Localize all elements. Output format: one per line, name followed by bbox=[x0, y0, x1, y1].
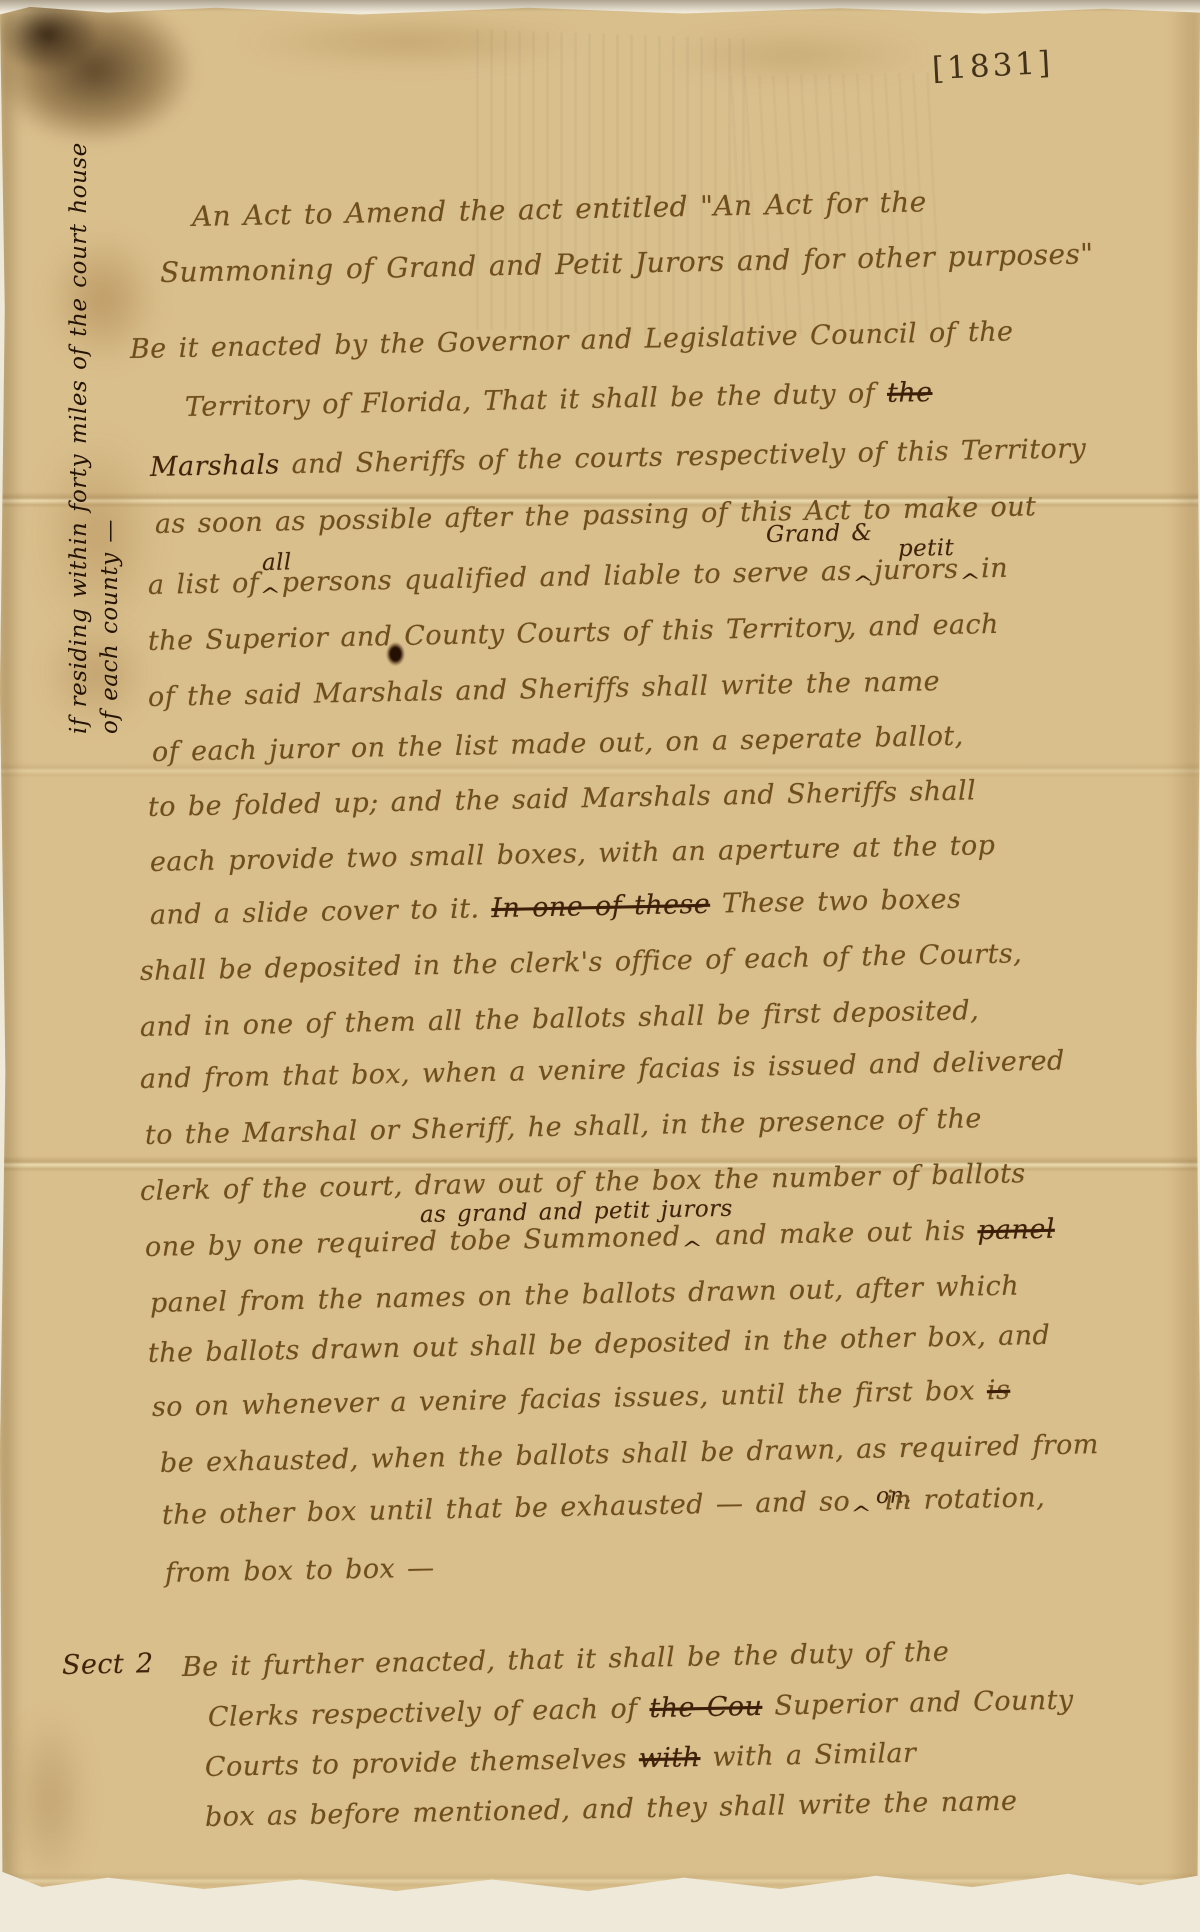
manuscript-line: panel from the names on the ballots draw… bbox=[150, 1271, 1020, 1319]
handwritten-text: so on whenever a venire facias issues, u… bbox=[152, 1375, 988, 1423]
struck-text: is bbox=[987, 1375, 1011, 1406]
handwritten-text: each provide two small boxes, with an ap… bbox=[150, 830, 996, 878]
stain bbox=[1170, 4, 1200, 1904]
year-annotation: [1831] bbox=[931, 45, 1054, 87]
handwritten-text: and Sheriffs of the courts respectively … bbox=[279, 433, 1086, 480]
manuscript-line: as soon as possible after the passing of… bbox=[155, 491, 1037, 540]
insertion-caret: ^ bbox=[959, 569, 981, 592]
handwritten-text: An Act to Amend the act entitled "An Act… bbox=[192, 185, 927, 233]
handwritten-text: Be it enacted by the Governor and Legisl… bbox=[130, 316, 1014, 365]
inserted-word: Grand & bbox=[766, 520, 873, 548]
handwritten-text: of each juror on the list made out, on a… bbox=[152, 721, 964, 768]
struck-text: the bbox=[887, 377, 933, 409]
margin-note-line: of each county — bbox=[95, 38, 126, 734]
handwritten-text: from box to box — bbox=[165, 1553, 435, 1589]
paper-sheet: [1831] if residing within forty miles of… bbox=[0, 4, 1200, 1910]
manuscript-line: shall be deposited in the clerk's office… bbox=[140, 938, 1023, 987]
handwritten-text: to be folded up; and the said Marshals a… bbox=[148, 775, 977, 823]
handwritten-text: Marshals bbox=[150, 449, 280, 483]
stain bbox=[0, 1684, 100, 1914]
handwritten-text: the ballots drawn out shall be deposited… bbox=[148, 1320, 1051, 1369]
manuscript-line: and a slide cover to it. In one of these… bbox=[150, 884, 962, 931]
handwritten-text: the Superior and County Courts of this T… bbox=[148, 609, 999, 657]
handwritten-text: box as before mentioned, and they shall … bbox=[205, 1786, 1018, 1833]
manuscript-line: box as before mentioned, and they shall … bbox=[205, 1786, 1018, 1833]
handwritten-text: be exhausted, when the ballots shall be … bbox=[160, 1429, 1099, 1479]
manuscript-line: and in one of them all the ballots shall… bbox=[140, 995, 980, 1043]
handwritten-text: jurors bbox=[874, 554, 959, 587]
margin-note: if residing within forty miles of the co… bbox=[64, 38, 126, 734]
manuscript-line: from box to box — bbox=[165, 1553, 435, 1589]
manuscript-line: the other box until that be exhausted — … bbox=[162, 1482, 1046, 1531]
handwritten-text: to the Marshal or Sheriff, he shall, in … bbox=[145, 1103, 982, 1151]
handwritten-text: Summoning of Grand and Petit Jurors and … bbox=[160, 237, 1094, 289]
insertion-caret: ^ bbox=[260, 583, 282, 606]
manuscript-line: be exhausted, when the ballots shall be … bbox=[160, 1429, 1099, 1479]
handwritten-text: and make out his bbox=[703, 1215, 978, 1251]
fold-crease bbox=[0, 1872, 1200, 1888]
margin-note-line: if residing within forty miles of the co… bbox=[64, 38, 95, 734]
manuscript-line: of the said Marshals and Sheriffs shall … bbox=[148, 666, 941, 713]
manuscript-line: to the Marshal or Sheriff, he shall, in … bbox=[145, 1103, 982, 1151]
stain bbox=[0, 4, 22, 1904]
manuscript-line: of each juror on the list made out, on a… bbox=[152, 721, 964, 768]
insertion-caret: ^ bbox=[681, 1237, 703, 1260]
manuscript-line: Summoning of Grand and Petit Jurors and … bbox=[160, 237, 1094, 289]
manuscript-line: to be folded up; and the said Marshals a… bbox=[148, 775, 977, 823]
handwritten-text: one by one required tobe Summoned bbox=[145, 1221, 681, 1263]
manuscript-line: and from that box, when a venire facias … bbox=[140, 1045, 1065, 1095]
handwritten-text: Courts to provide themselves bbox=[205, 1743, 639, 1783]
handwritten-text: Be it further enacted, that it shall be … bbox=[182, 1637, 950, 1683]
handwritten-text: in bbox=[981, 553, 1008, 585]
manuscript-scan: [1831] if residing within forty miles of… bbox=[0, 0, 1200, 1932]
handwritten-text: a list of bbox=[148, 568, 260, 601]
handwritten-text: Territory of Florida, That it shall be t… bbox=[185, 378, 888, 423]
handwritten-text: as soon as possible after the passing of… bbox=[155, 491, 1037, 540]
handwritten-text: with a Similar bbox=[700, 1738, 916, 1773]
handwritten-text: persons qualified and liable to serve as bbox=[281, 556, 852, 598]
stain bbox=[195, 10, 625, 74]
struck-text: the Cou bbox=[649, 1691, 763, 1724]
manuscript-line: An Act to Amend the act entitled "An Act… bbox=[192, 185, 927, 233]
manuscript-line: Courts to provide themselves with with a… bbox=[205, 1738, 917, 1783]
handwritten-text: Sect 2 bbox=[62, 1648, 154, 1681]
handwritten-text: and from that box, when a venire facias … bbox=[140, 1045, 1065, 1095]
handwritten-text: Superior and County bbox=[762, 1685, 1074, 1722]
insertion-caret: ^ bbox=[852, 571, 874, 594]
handwritten-text: Grand & bbox=[766, 520, 873, 548]
insertion-caret: ^ bbox=[851, 1502, 873, 1525]
handwritten-text: the other box until that be exhausted — … bbox=[162, 1486, 851, 1531]
manuscript-line: Be it enacted by the Governor and Legisl… bbox=[130, 316, 1014, 365]
struck-text: In one of these bbox=[491, 889, 710, 924]
manuscript-line: so on whenever a venire facias issues, u… bbox=[152, 1375, 1011, 1423]
manuscript-line: Clerks respectively of each of the Cou S… bbox=[208, 1685, 1074, 1733]
handwritten-text: Clerks respectively of each of bbox=[208, 1693, 650, 1733]
stain bbox=[630, 20, 960, 90]
handwritten-text: and a slide cover to it. bbox=[150, 893, 492, 931]
manuscript-line: Territory of Florida, That it shall be t… bbox=[185, 377, 933, 423]
manuscript-line: Marshals and Sheriffs of the courts resp… bbox=[150, 433, 1087, 483]
manuscript-line: Be it further enacted, that it shall be … bbox=[182, 1637, 950, 1683]
handwritten-text: panel from the names on the ballots draw… bbox=[150, 1271, 1020, 1319]
handwritten-text: and in one of them all the ballots shall… bbox=[140, 995, 980, 1043]
handwritten-text: in rotation, bbox=[873, 1482, 1046, 1516]
manuscript-line: the Superior and County Courts of this T… bbox=[148, 609, 999, 657]
torn-top-edge bbox=[0, 0, 1200, 12]
manuscript-line: each provide two small boxes, with an ap… bbox=[150, 830, 996, 878]
section-label: Sect 2 bbox=[62, 1648, 154, 1681]
manuscript-line: the ballots drawn out shall be deposited… bbox=[148, 1320, 1051, 1369]
bleed-through bbox=[465, 29, 755, 339]
handwritten-text: of the said Marshals and Sheriffs shall … bbox=[148, 666, 941, 713]
handwritten-text: shall be deposited in the clerk's office… bbox=[140, 938, 1023, 987]
struck-text: with bbox=[639, 1742, 701, 1774]
handwritten-text: These two boxes bbox=[710, 884, 962, 920]
struck-text: panel bbox=[977, 1214, 1055, 1247]
